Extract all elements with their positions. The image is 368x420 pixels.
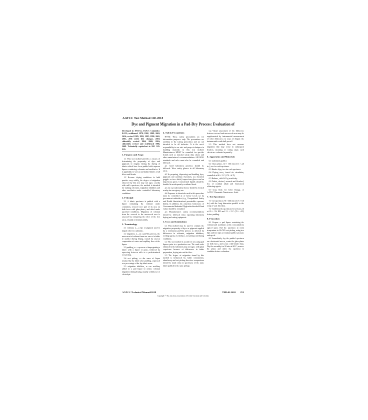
paragraph: 5.2 The test method is useful for screen… [163, 241, 204, 254]
paragraph: 3.5 migration inhibitor, n.—an auxiliary… [122, 265, 160, 275]
section-heading: 1. Purpose and Scope [122, 154, 160, 157]
section-heading: 5. Uses and Limitations [163, 221, 204, 224]
paragraph: 1.1 This test method provides a means of… [122, 158, 160, 176]
paragraph: 7.1 Cut specimens 70 × 200 mm (2.75 × 8.… [207, 199, 244, 207]
paragraph: 5.5 This method does not measure migrati… [207, 143, 244, 153]
section-heading: 4. Safety Precautions [163, 132, 204, 135]
paragraph: 3.2 migration, n.—in a pad-dry process, … [122, 233, 160, 246]
paragraph: 4.1 Good laboratory practices should be … [163, 165, 204, 173]
paragraph: 5.4 Visual assessment of the difference … [207, 130, 244, 143]
paragraph: 4.4 Exposure to chemicals used in this p… [163, 192, 204, 210]
document-page: AATCC Test Method 140-2018 Dye and Pigme… [0, 0, 368, 420]
paragraph: 1.2 Because drying conditions in bulk pr… [122, 176, 160, 194]
copyright-line: Copyright © The American Association of … [122, 295, 244, 297]
paragraph: 8.2 Immediately lay the padded specimen … [207, 237, 244, 253]
section-heading: 3. Terminology [122, 223, 160, 226]
footer-page-number: 251 [240, 291, 244, 294]
paragraph: 5.1 This method may be used to evaluate … [163, 224, 204, 240]
document-header: AATCC Test Method 140-2018 [123, 116, 245, 120]
footer-manual-title: AATCC Technical Manual/2019 [122, 291, 156, 294]
footer-doc-code: TM140-2018 [222, 291, 236, 294]
section-heading: 2. Principle [122, 196, 160, 199]
paragraph: 8.1 Prepare a pad liquor containing the … [207, 221, 244, 237]
paragraph: 4.3 An eyewash/safety shower should be l… [163, 186, 204, 191]
paragraph: 7.2 Condition the specimens for at least… [207, 208, 244, 216]
section-heading: 7. Test Specimens [207, 196, 244, 199]
paragraph: 6.7 Gray Scale for Color Change, or AATC… [207, 188, 244, 193]
history-note: Developed in 1974 by AATCC Committee RA5… [122, 130, 160, 152]
text-column-3: 5.4 Visual assessment of the difference … [207, 130, 244, 289]
text-column-2: 4. Safety PrecautionsNOTE: These safety … [163, 130, 204, 289]
section-heading: 8. Procedure [207, 217, 244, 220]
paragraph: 3.4 wet pickup, n.—the mass of liquor re… [122, 257, 160, 265]
text-column-1: Developed in 1974 by AATCC Committee RA5… [122, 130, 160, 289]
section-heading: 6. Apparatus and Materials [207, 156, 244, 159]
page-text-block: AATCC Test Method 140-2018 Dye and Pigme… [122, 116, 244, 306]
paragraph: 6.2 Glass plates, 50 × 100 mm (2.0 × 4.0… [207, 163, 244, 168]
document-title: Dye and Pigment Migration in a Pad-Dry P… [122, 122, 244, 126]
paragraph: 3.1 colorant, n.—a dye or pigment used t… [122, 227, 160, 232]
paragraph: 3.3 padding, n.—a process of impregnatin… [122, 246, 160, 256]
paragraph: 6.4 Drying oven, forced air circulation,… [207, 171, 244, 176]
page-footer: AATCC Technical Manual/2019 TM140-2018 2… [122, 291, 244, 294]
paragraph: 4.2 In preparing, dispensing and handlin… [163, 173, 204, 186]
paragraph: 6.6 Fabric, desized, scoured and bleache… [207, 180, 244, 188]
paragraph: 5.3 The degree of migration found by thi… [163, 254, 204, 267]
three-column-body: Developed in 1974 by AATCC Committee RA5… [122, 130, 244, 289]
paragraph: NOTE: These safety precautions are for i… [163, 136, 204, 165]
footer-right-group: TM140-2018 251 [222, 291, 244, 294]
paragraph: 2.1 A fabric specimen is padded with a l… [122, 200, 160, 221]
paragraph: 4.5 Manufacturer's safety recommendation… [163, 211, 204, 219]
